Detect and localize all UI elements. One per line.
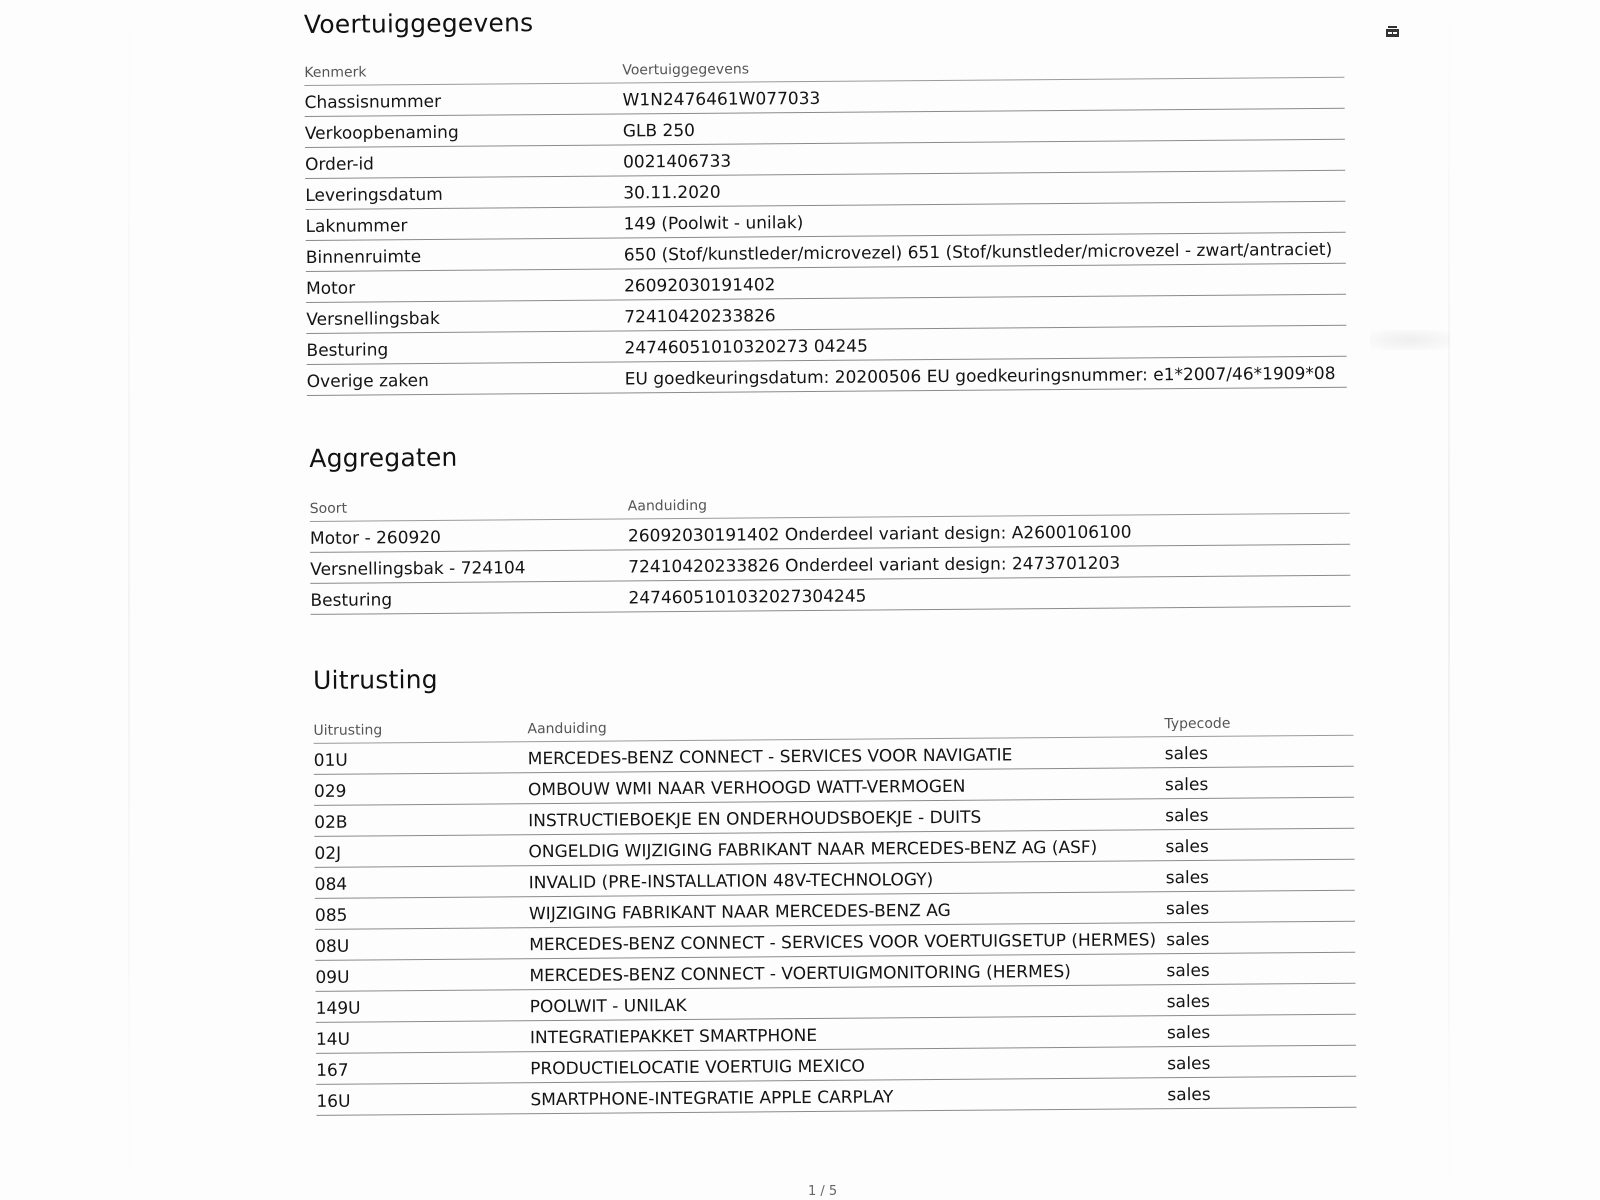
vehicle-table: Kenmerk Voertuiggegevens ChassisnummerW1… [304, 48, 1347, 396]
equipment-typecode: sales [1166, 929, 1355, 953]
equipment-typecode: sales [1165, 743, 1354, 767]
row-label: Overige zaken [307, 369, 625, 394]
equipment-typecode: sales [1166, 898, 1355, 922]
equipment-code: 167 [316, 1059, 530, 1084]
equipment-code: 08U [315, 935, 529, 960]
column-header-soort: Soort [310, 498, 628, 520]
row-label: Motor [306, 276, 624, 301]
equipment-typecode: sales [1167, 1084, 1356, 1108]
scanned-page: Voertuiggegevens Kenmerk Voertuiggegeven… [0, 0, 1600, 1200]
equipment-description: SMARTPHONE-INTEGRATIE APPLE CARPLAY [530, 1085, 1167, 1113]
equipment-typecode: sales [1167, 991, 1356, 1015]
aggregates-section-title: Aggregaten [309, 443, 457, 473]
equipment-typecode: sales [1166, 960, 1355, 984]
equipment-typecode: sales [1165, 836, 1354, 860]
print-icon[interactable] [1386, 26, 1399, 37]
column-header-typecode: Typecode [1164, 715, 1353, 736]
row-label: Versnellingsbak - 724104 [310, 557, 628, 582]
vehicle-section-title: Voertuiggegevens [304, 8, 534, 39]
row-label: Leveringsdatum [305, 183, 623, 208]
column-header-uitrusting: Uitrusting [313, 721, 527, 743]
row-value: EU goedkeuringsdatum: 20200506 EU goedke… [625, 364, 1347, 393]
row-label: Verkoopbenaming [305, 121, 623, 146]
equipment-code: 02B [314, 811, 528, 836]
row-label: Besturing [306, 338, 624, 363]
equipment-code: 029 [314, 780, 528, 805]
column-header-kenmerk: Kenmerk [304, 62, 622, 84]
equipment-code: 14U [316, 1028, 530, 1053]
row-label: Motor - 260920 [310, 526, 628, 551]
row-label: Laknummer [305, 214, 623, 239]
equipment-typecode: sales [1166, 867, 1355, 891]
equipment-code: 149U [316, 997, 530, 1022]
equipment-typecode: sales [1165, 805, 1354, 829]
row-label: Order-id [305, 152, 623, 177]
row-label: Chassisnummer [304, 90, 622, 115]
equipment-typecode: sales [1165, 774, 1354, 798]
equipment-typecode: sales [1167, 1022, 1356, 1046]
equipment-code: 02J [314, 842, 528, 867]
aggregates-table: Soort Aanduiding Motor - 260920260920301… [310, 484, 1351, 615]
document-content: Voertuiggegevens Kenmerk Voertuiggegeven… [0, 0, 1600, 1200]
row-label: Versnellingsbak [306, 307, 624, 332]
page-indicator: 1 / 5 [808, 1184, 837, 1199]
row-label: Besturing [310, 588, 628, 613]
equipment-code: 085 [315, 904, 529, 929]
equipment-typecode: sales [1167, 1053, 1356, 1077]
equipment-code: 09U [315, 966, 529, 991]
equipment-section-title: Uitrusting [313, 665, 438, 695]
row-value: 2474605101032027304245 [628, 583, 1350, 612]
row-label: Binnenruimte [306, 245, 624, 270]
equipment-code: 16U [316, 1090, 530, 1115]
equipment-table: Uitrusting Aanduiding Typecode 01UMERCED… [313, 706, 1356, 1116]
equipment-code: 01U [314, 749, 528, 774]
equipment-code: 084 [315, 873, 529, 898]
